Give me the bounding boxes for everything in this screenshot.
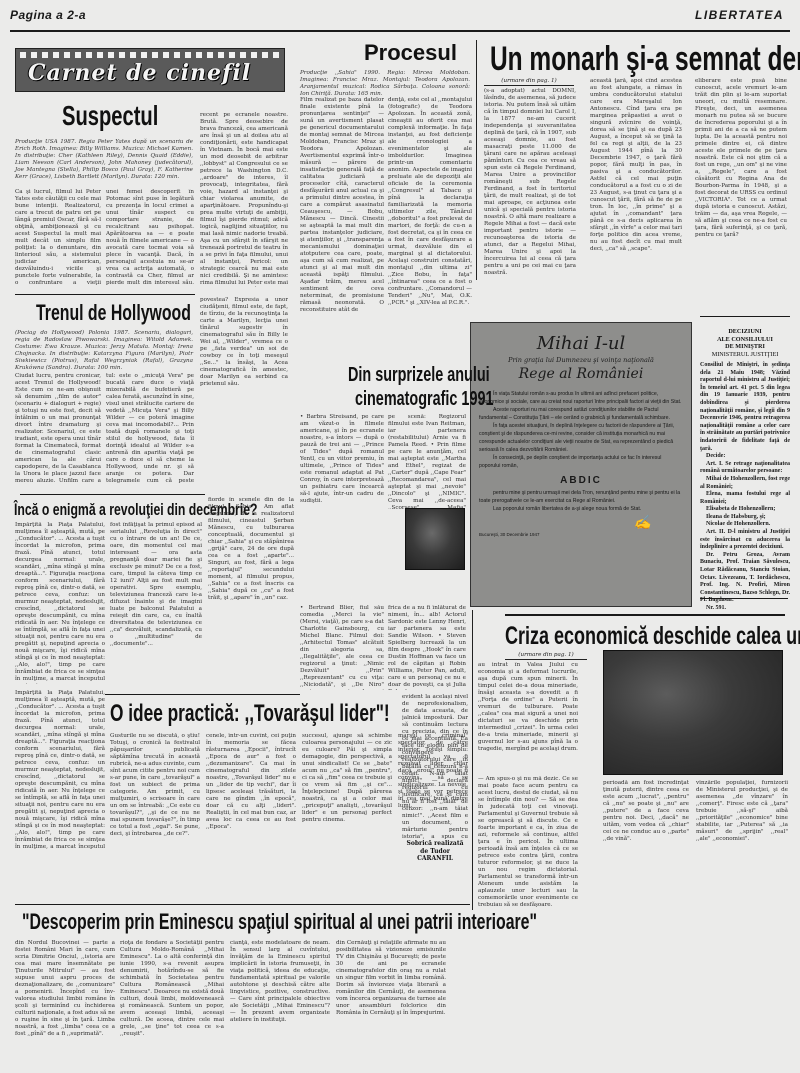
newspaper-masthead: LIBERTATEA — [695, 8, 784, 22]
monarh-headline: Un monarh şi-a semnat demisia — [490, 40, 800, 79]
politician-photo — [603, 650, 783, 775]
eminescu-column-4: din Cernăuţi şi relaţiile afirmate nu au… — [336, 940, 446, 1070]
decision-article-1: Art. I. Se retrage naţionalitatea română… — [700, 461, 790, 476]
surprize-headline-line-2: cinematografic 1991 — [355, 388, 493, 411]
byline-author: de Tudor CARANFIL — [402, 848, 468, 862]
tovarasul-column-3: succesul, ajunge să schimbe culoarea per… — [302, 733, 392, 845]
doc-subtitle: Prin graţia lui Dumnezeu şi voinţa naţio… — [471, 356, 691, 364]
section-divider — [15, 294, 195, 295]
monarh-column-3: eliberare este pusă bine cunoscut, acele… — [695, 78, 787, 300]
criza-column-1: au intrat în Valea Jiului cu economia şi… — [478, 662, 578, 772]
surprize-column-1b: • Bertrand Blier, fiul său comedia ,,Mer… — [300, 605, 384, 690]
doc-paragraph-1: În viaţa Statului român s-au produs în u… — [471, 390, 691, 406]
decision-title: DECIZIUNI ALE CONSILIULUI DE MINIŞTRI MI… — [700, 328, 790, 358]
section-divider — [20, 494, 205, 495]
decision-number: Nr. 591. — [700, 605, 790, 613]
interview-column: evident la același nivel de neprofesiona… — [402, 694, 468, 839]
decision-article-2: Art. II. D-l ministru al Justiţiei este … — [700, 529, 790, 552]
procesul-headline: Procesul — [364, 40, 457, 66]
decision-person: Ileana de Habsburg, şi; — [700, 514, 790, 522]
suspectul-headline: Suspectul — [62, 100, 158, 132]
cinefil-title: Carnet de cinefil — [16, 60, 284, 86]
decision-title-line: DECIZIUNI — [700, 328, 790, 336]
eminescu-column-1: din Nordul Bucovinei — parte a fostei Ro… — [15, 940, 115, 1070]
surprize-column-2b: frica de a nu fi înlăturat de nimeni, în… — [388, 605, 466, 690]
doc-date: Bucureşti, 30 Decembrie 1947 — [471, 531, 691, 539]
decision-person: Nicolae de Hohenzollern. — [700, 521, 790, 529]
eminescu-column-3: cianţă, este modelatoare de neam. În sen… — [230, 940, 330, 1070]
suspectul-credits: Producţie USA 1987. Regia Peter Yates du… — [15, 139, 193, 188]
criza-column-3: perioadă am fost încredinţat ţinută pute… — [603, 780, 689, 1066]
monarh-column-2: această ţară, apoi cînd acestea au fost … — [590, 78, 682, 283]
criza-continued-note: (urmare din pag. 1) — [505, 652, 587, 660]
enigma-column-2: fost înfăţişat la primul episod al seria… — [110, 522, 202, 684]
tovarasul-column-2: cenele, într-un cuvînt, cei puţin în mem… — [206, 733, 296, 845]
trenul-credits: (Pociag do Hollywood) Polonia 1987. Scen… — [15, 330, 193, 372]
decision-decide: Decide: — [700, 453, 790, 461]
doc-paragraph-2: Aceste raporturi nu mai corespund astăzi… — [471, 406, 691, 422]
decision-title-line: DE MINIŞTRI — [700, 343, 790, 351]
enigma-column-1: Impărţită la Piaţa Palatului, mulţimea î… — [15, 522, 105, 684]
section-divider — [505, 614, 785, 616]
procesul-column-3: denţă, este cel al ,,montajului (fotogra… — [388, 97, 472, 351]
column-rule — [476, 40, 477, 280]
doc-title: Rege al României — [471, 366, 691, 382]
abdication-document-image: Mihai I-ul Prin graţia lui Dumnezeu şi v… — [470, 322, 692, 607]
surprize-column-1: • Barbra Streisand, pe care am văzut-o î… — [300, 414, 384, 604]
procesul-credits: Producţie ,,Sahia" 1990. Regia: Mircea M… — [300, 70, 470, 94]
criza-column-4: vînzările populaţiei, furnizorii de Mini… — [696, 780, 788, 1066]
criza-headline: Criza economică deschide calea unei dict… — [505, 622, 800, 651]
section-divider — [700, 598, 788, 599]
page-number-label: Pagina a 2-a — [10, 8, 86, 22]
enigma-column-1-continued: Impărţită la Piaţa Palatului, mulţimea î… — [15, 690, 105, 850]
byline-label: Sobrică realizată — [402, 840, 468, 847]
surprize-headline-line-1: Din surprizele anului — [348, 364, 490, 387]
procesul-column-1: Film realizat pe baza datelor finale exi… — [300, 97, 384, 351]
doc-paragraph-3: În faţa acestei situaţiuni, în deplină î… — [471, 422, 691, 454]
decision-title-line: ALE CONSILIULUI — [700, 336, 790, 344]
decision-person: Elisabeta de Hohenzollern; — [700, 506, 790, 514]
doc-name-line: Mihai I-ul — [471, 333, 691, 354]
trenul-column-1: Ciudat lucru, pentru cronicar, acest Tre… — [15, 373, 101, 483]
doc-abdic: ABDIC — [471, 475, 691, 486]
suspectul-column-1: Ca şi lucrul, filmul lui Peter Yates est… — [15, 189, 101, 285]
tovarasul-column-1: Gusturile nu se discută, o ştiu! Totuşi,… — [110, 733, 200, 845]
doc-paragraph-4: În consecinţă, pe deplin conştient de im… — [471, 454, 691, 470]
doc-paragraph-6: Las poporului român libertatea de a-şi a… — [471, 505, 691, 513]
tovarasul-headline: O idee practică: ,,Tovarăşul lider"! — [110, 700, 390, 728]
decision-person: Mihai de Hohenzollern, fost rege al Româ… — [700, 476, 790, 491]
section-divider — [105, 694, 300, 695]
doc-paragraph-5: pentru mine şi pentru urmaşii mei dela T… — [471, 489, 691, 505]
eminescu-column-2: rioţa de fondare a Societăţii pentru Cul… — [120, 940, 224, 1070]
surprize-column-2: pe scenă: Regizorul filmului este Ivan R… — [388, 414, 466, 509]
eminescu-headline: "Descoperim prin Eminescu spaţiul spirit… — [22, 909, 537, 935]
monarh-column-1: (s-a adoptat) actul DOMNI, lăsîndu, de a… — [484, 88, 576, 283]
monarh-continued-note: (urmare din pag. 1) — [484, 78, 574, 86]
masthead-rule — [10, 30, 790, 32]
suspectul-column-3: recent pe ecranele noastre. Brută. Spre … — [200, 112, 288, 287]
doc-signature: ✍ — [471, 515, 691, 531]
suspectul-column-2: unei femei descoperit în Potomac sînt pu… — [106, 189, 194, 285]
decision-body: Consiliul de Miniştri, în şedinţa dela 2… — [700, 362, 790, 613]
decision-person: Elena, mama fostului rege al României; — [700, 491, 790, 506]
section-divider — [700, 316, 790, 317]
enigma-column-3: fiorde în scenele din de la filmul ,,Sah… — [208, 497, 294, 684]
decision-title-line: MINISTERUL JUSTIŢIEI — [700, 351, 790, 359]
trenul-column-2: tul: este o ,,micuţă Vera" pe bucată car… — [106, 373, 194, 483]
trenul-headline: Trenul de Hollywood — [36, 300, 191, 326]
cinefil-banner: Carnet de cinefil — [15, 48, 285, 92]
column-rule — [472, 610, 473, 910]
trenul-column-3: povestea? Expresia a unor ciudăţenii, fi… — [200, 297, 288, 483]
actor-portrait-photo — [405, 508, 465, 570]
section-divider — [15, 904, 470, 905]
decision-preamble: Consiliul de Miniştri, în şedinţa dela 2… — [700, 362, 790, 453]
